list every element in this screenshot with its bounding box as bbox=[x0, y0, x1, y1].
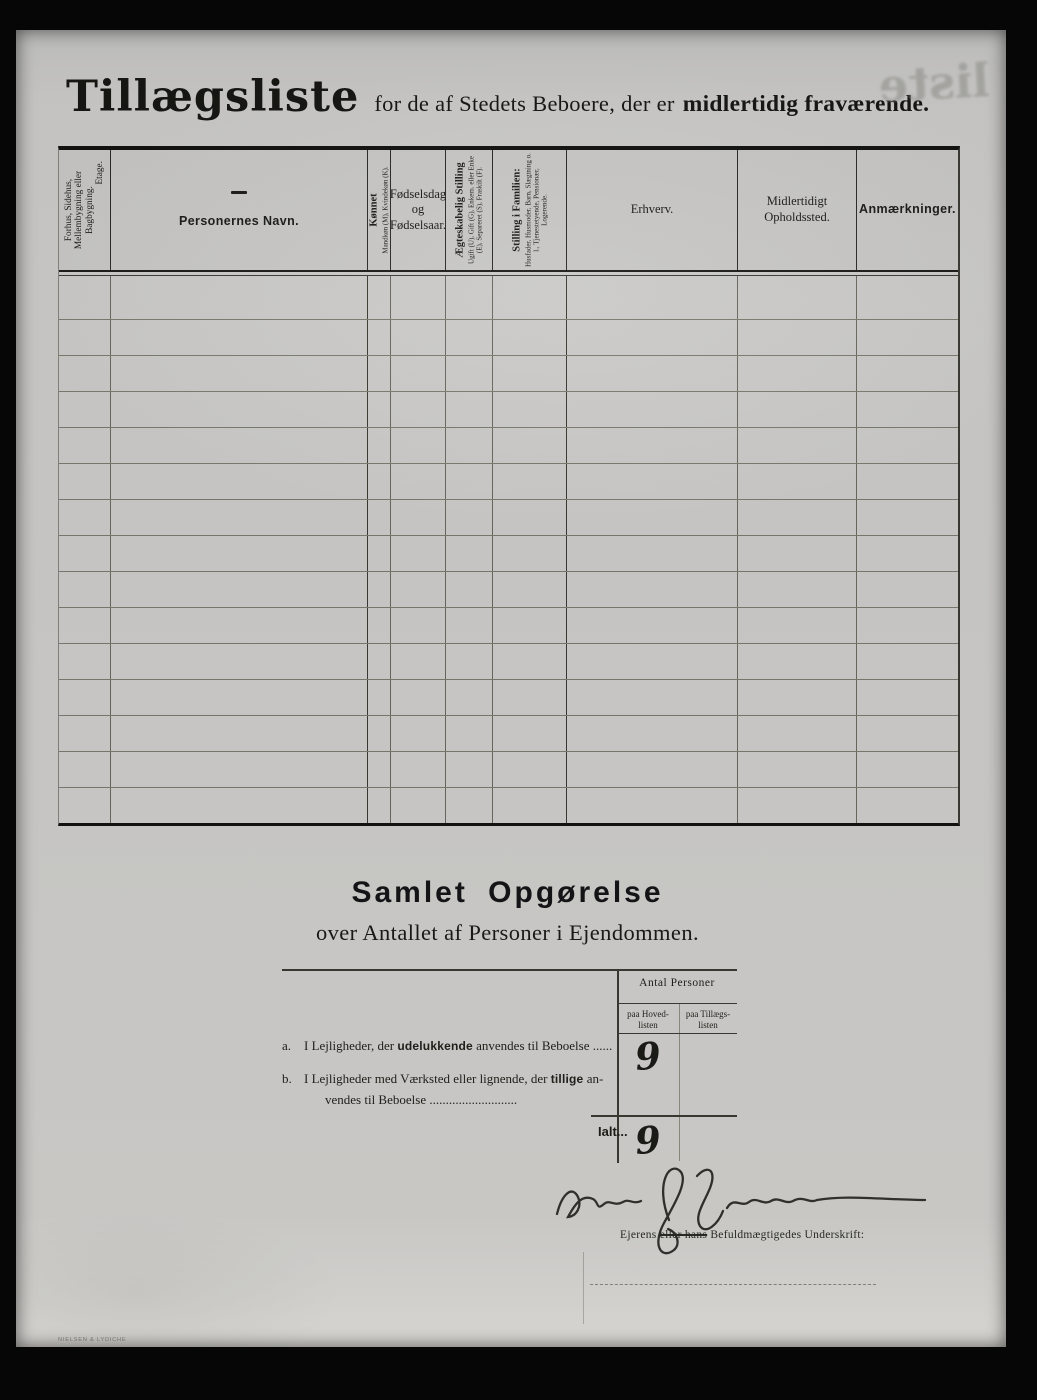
empty-cell-person-name bbox=[111, 788, 368, 823]
empty-cell-sex bbox=[368, 680, 391, 715]
summary-line-b: b.I Lejligheder med Værksted eller ligne… bbox=[282, 1071, 603, 1087]
empty-cell-person-name bbox=[111, 572, 368, 607]
empty-cell-person-name bbox=[111, 644, 368, 679]
empty-cell-family-position bbox=[493, 392, 567, 427]
empty-cell-sex bbox=[368, 320, 391, 355]
summary-title: Samlet Opgørelse bbox=[58, 876, 957, 910]
table-row bbox=[59, 500, 958, 536]
empty-cell-building-part bbox=[59, 464, 111, 499]
empty-cell-building-part bbox=[59, 392, 111, 427]
empty-cell-family-position bbox=[493, 788, 567, 823]
empty-cell-birth-date bbox=[391, 464, 446, 499]
table-row bbox=[59, 320, 958, 356]
empty-cell-birth-date bbox=[391, 572, 446, 607]
empty-cell-marital-status bbox=[446, 788, 493, 823]
empty-cell-person-name bbox=[111, 608, 368, 643]
empty-cell-occupation bbox=[567, 752, 738, 787]
empty-cell-remarks bbox=[857, 680, 958, 715]
empty-cell-marital-status bbox=[446, 356, 493, 391]
column-label: Kønnet bbox=[369, 153, 381, 267]
summary-col-tillaegslisten-line2: listen bbox=[698, 1020, 718, 1030]
column-header-marital-status: Ægteskabelig StillingUgift (U), Gift (G)… bbox=[446, 150, 493, 270]
rotated-header-text: Stilling i Familien:Husfader, Husmoder, … bbox=[511, 153, 549, 267]
empty-cell-birth-date bbox=[391, 752, 446, 787]
column-label: Personernes Navn. bbox=[179, 214, 299, 230]
form-title: Tillægsliste for de af Stedets Beboere, … bbox=[66, 72, 929, 122]
empty-cell-sex bbox=[368, 644, 391, 679]
empty-cell-sex bbox=[368, 356, 391, 391]
empty-cell-temporary-residence bbox=[738, 500, 857, 535]
empty-cell-family-position bbox=[493, 356, 567, 391]
column-header-temporary-residence: Midlertidigt Opholdssted. bbox=[738, 150, 857, 270]
form-title-subtext: for de af Stedets Beboere, der er bbox=[374, 91, 674, 117]
empty-cell-birth-date bbox=[391, 608, 446, 643]
rotated-header-text: KønnetMandkøn (M), Kvindekøn (K). bbox=[369, 153, 390, 267]
empty-cell-occupation bbox=[567, 788, 738, 823]
empty-cell-birth-date bbox=[391, 644, 446, 679]
empty-cell-temporary-residence bbox=[738, 788, 857, 823]
rotated-header-text: Forhus, Sidehus, Mellembygning eller Bag… bbox=[64, 153, 106, 267]
column-sublabel: Mandkøn (M), Kvindekøn (K). bbox=[381, 153, 389, 267]
empty-cell-person-name bbox=[111, 752, 368, 787]
column-header-family-position: Stilling i Familien:Husfader, Husmoder, … bbox=[493, 150, 567, 270]
form-title-main: Tillægsliste bbox=[66, 72, 359, 122]
empty-cell-birth-date bbox=[391, 500, 446, 535]
empty-cell-family-position bbox=[493, 536, 567, 571]
empty-cell-occupation bbox=[567, 680, 738, 715]
empty-cell-building-part bbox=[59, 788, 111, 823]
empty-cell-sex bbox=[368, 536, 391, 571]
table-row bbox=[59, 608, 958, 644]
empty-cell-person-name bbox=[111, 356, 368, 391]
table-row bbox=[59, 276, 958, 320]
page-crease-mark bbox=[583, 1252, 584, 1324]
empty-cell-marital-status bbox=[446, 428, 493, 463]
scanned-page: Tillægsliste for de af Stedets Beboere, … bbox=[16, 30, 1006, 1347]
summary-line-a: a.I Lejligheder, der udelukkende anvende… bbox=[282, 1038, 612, 1054]
table-row bbox=[59, 356, 958, 392]
empty-cell-birth-date bbox=[391, 392, 446, 427]
empty-cell-building-part bbox=[59, 572, 111, 607]
empty-cell-temporary-residence bbox=[738, 536, 857, 571]
table-row bbox=[59, 572, 958, 608]
empty-cell-family-position bbox=[493, 320, 567, 355]
census-table: Forhus, Sidehus, Mellembygning eller Bag… bbox=[58, 146, 960, 826]
signature-caption-part1: Ejerens bbox=[620, 1229, 660, 1241]
table-body bbox=[59, 276, 958, 823]
handwritten-count-a: 9 bbox=[615, 1031, 681, 1080]
empty-cell-marital-status bbox=[446, 716, 493, 751]
empty-cell-person-name bbox=[111, 464, 368, 499]
empty-cell-building-part bbox=[59, 752, 111, 787]
signature-caption-struck: eller hans bbox=[660, 1229, 707, 1241]
column-sublabel: Ugift (U), Gift (G), Enkem. eller Enke (… bbox=[467, 153, 484, 267]
table-row bbox=[59, 752, 958, 788]
empty-cell-family-position bbox=[493, 572, 567, 607]
empty-cell-person-name bbox=[111, 392, 368, 427]
column-header-occupation: Erhverv. bbox=[567, 150, 738, 270]
signature-baseline bbox=[590, 1284, 876, 1285]
column-label: Fødselsdag og Fødselsaar. bbox=[390, 187, 446, 234]
table-row bbox=[59, 644, 958, 680]
empty-cell-sex bbox=[368, 464, 391, 499]
empty-cell-remarks bbox=[857, 752, 958, 787]
empty-cell-birth-date bbox=[391, 356, 446, 391]
summary-line-b-continued: vendes til Beboelse ....................… bbox=[325, 1092, 517, 1108]
summary-line-a-prefix: a. bbox=[282, 1038, 304, 1054]
summary-col-hovedlisten-line2: listen bbox=[638, 1020, 658, 1030]
summary-table-top-rule bbox=[282, 969, 737, 971]
summary-line-b-prefix: b. bbox=[282, 1071, 304, 1087]
empty-cell-birth-date bbox=[391, 320, 446, 355]
empty-cell-temporary-residence bbox=[738, 464, 857, 499]
empty-cell-marital-status bbox=[446, 464, 493, 499]
empty-cell-building-part bbox=[59, 500, 111, 535]
empty-cell-temporary-residence bbox=[738, 320, 857, 355]
empty-cell-family-position bbox=[493, 464, 567, 499]
summary-line-b-emphasis: tillige bbox=[551, 1072, 584, 1086]
summary-col-hovedlisten-line1: paa Hoved- bbox=[627, 1009, 669, 1019]
summary-header-rule bbox=[617, 1003, 737, 1004]
table-row bbox=[59, 716, 958, 752]
empty-cell-occupation bbox=[567, 428, 738, 463]
bleed-through-ghost-text: liste bbox=[853, 52, 1016, 114]
empty-cell-remarks bbox=[857, 464, 958, 499]
empty-cell-remarks bbox=[857, 536, 958, 571]
empty-cell-occupation bbox=[567, 320, 738, 355]
rotated-header-text: Ægteskabelig StillingUgift (U), Gift (G)… bbox=[454, 153, 483, 267]
empty-cell-remarks bbox=[857, 788, 958, 823]
empty-cell-sex bbox=[368, 428, 391, 463]
empty-cell-remarks bbox=[857, 500, 958, 535]
empty-cell-occupation bbox=[567, 392, 738, 427]
empty-cell-occupation bbox=[567, 572, 738, 607]
empty-cell-building-part bbox=[59, 356, 111, 391]
column-header-sex: KønnetMandkøn (M), Kvindekøn (K). bbox=[368, 150, 391, 270]
empty-cell-birth-date bbox=[391, 716, 446, 751]
table-row bbox=[59, 680, 958, 716]
empty-cell-occupation bbox=[567, 716, 738, 751]
empty-cell-temporary-residence bbox=[738, 752, 857, 787]
empty-cell-family-position bbox=[493, 644, 567, 679]
column-label: Stilling i Familien: bbox=[511, 153, 523, 267]
empty-cell-birth-date bbox=[391, 428, 446, 463]
empty-cell-occupation bbox=[567, 276, 738, 319]
column-header-remarks: Anmærkninger. bbox=[857, 150, 958, 270]
empty-cell-family-position bbox=[493, 276, 567, 319]
empty-cell-temporary-residence bbox=[738, 428, 857, 463]
empty-cell-remarks bbox=[857, 572, 958, 607]
table-row bbox=[59, 428, 958, 464]
empty-cell-sex bbox=[368, 572, 391, 607]
empty-cell-occupation bbox=[567, 608, 738, 643]
empty-cell-person-name bbox=[111, 428, 368, 463]
summary-line-b-text1: I Lejligheder med Værksted eller lignend… bbox=[304, 1071, 551, 1086]
empty-cell-sex bbox=[368, 392, 391, 427]
empty-cell-building-part bbox=[59, 536, 111, 571]
empty-cell-remarks bbox=[857, 392, 958, 427]
empty-cell-marital-status bbox=[446, 752, 493, 787]
summary-line-a-text1: I Lejligheder, der bbox=[304, 1038, 397, 1053]
summary-line-a-text2: anvendes til Beboelse ...... bbox=[473, 1038, 612, 1053]
empty-cell-marital-status bbox=[446, 608, 493, 643]
dash-mark bbox=[231, 191, 247, 194]
empty-cell-temporary-residence bbox=[738, 572, 857, 607]
empty-cell-marital-status bbox=[446, 536, 493, 571]
empty-cell-sex bbox=[368, 276, 391, 319]
empty-cell-temporary-residence bbox=[738, 356, 857, 391]
empty-cell-sex bbox=[368, 716, 391, 751]
empty-cell-occupation bbox=[567, 464, 738, 499]
column-sublabel: Husfader, Husmoder, Barn, Slægtning o. l… bbox=[524, 153, 549, 267]
empty-cell-person-name bbox=[111, 276, 368, 319]
summary-line-a-emphasis: udelukkende bbox=[397, 1039, 473, 1053]
empty-cell-remarks bbox=[857, 356, 958, 391]
empty-cell-family-position bbox=[493, 752, 567, 787]
signature-handwriting bbox=[551, 1156, 941, 1281]
table-row bbox=[59, 788, 958, 823]
column-header-person-name: Personernes Navn. bbox=[111, 150, 368, 270]
column-label: Erhverv. bbox=[631, 202, 674, 218]
empty-cell-marital-status bbox=[446, 644, 493, 679]
empty-cell-remarks bbox=[857, 320, 958, 355]
scanned-census-form: { "page": { "title_main": "Tillægsliste"… bbox=[0, 0, 1037, 1400]
empty-cell-building-part bbox=[59, 644, 111, 679]
column-header-building-part: Forhus, Sidehus, Mellembygning eller Bag… bbox=[59, 150, 111, 270]
summary-line-b-text3: vendes til Beboelse ....................… bbox=[325, 1092, 517, 1107]
signature-caption: Ejerens eller hans Befuldmægtigedes Unde… bbox=[620, 1229, 864, 1241]
empty-cell-building-part bbox=[59, 276, 111, 319]
empty-cell-family-position bbox=[493, 608, 567, 643]
column-label: Forhus, Sidehus, Mellembygning eller Bag… bbox=[64, 153, 95, 267]
empty-cell-sex bbox=[368, 608, 391, 643]
empty-cell-person-name bbox=[111, 536, 368, 571]
empty-cell-sex bbox=[368, 788, 391, 823]
empty-cell-person-name bbox=[111, 500, 368, 535]
empty-cell-family-position bbox=[493, 500, 567, 535]
empty-cell-temporary-residence bbox=[738, 680, 857, 715]
empty-cell-occupation bbox=[567, 500, 738, 535]
empty-cell-person-name bbox=[111, 716, 368, 751]
summary-col-hovedlisten: paa Hoved- listen bbox=[617, 1009, 679, 1032]
empty-cell-birth-date bbox=[391, 680, 446, 715]
empty-cell-temporary-residence bbox=[738, 608, 857, 643]
empty-cell-marital-status bbox=[446, 320, 493, 355]
empty-cell-occupation bbox=[567, 356, 738, 391]
empty-cell-remarks bbox=[857, 716, 958, 751]
empty-cell-person-name bbox=[111, 680, 368, 715]
empty-cell-remarks bbox=[857, 276, 958, 319]
signature-caption-part2: Befuldmægtigedes Underskrift: bbox=[707, 1229, 864, 1241]
column-label: Anmærkninger. bbox=[859, 202, 956, 218]
empty-cell-occupation bbox=[567, 644, 738, 679]
table-row bbox=[59, 536, 958, 572]
summary-count-header: Antal Personer bbox=[617, 977, 737, 989]
empty-cell-sex bbox=[368, 500, 391, 535]
column-header-birth-date: Fødselsdag og Fødselsaar. bbox=[391, 150, 446, 270]
table-row bbox=[59, 464, 958, 500]
empty-cell-temporary-residence bbox=[738, 644, 857, 679]
summary-col-tillaegslisten-line1: paa Tillægs- bbox=[686, 1009, 730, 1019]
empty-cell-marital-status bbox=[446, 500, 493, 535]
table-header-row: Forhus, Sidehus, Mellembygning eller Bag… bbox=[59, 150, 958, 272]
empty-cell-marital-status bbox=[446, 392, 493, 427]
summary-line-b-text2: an- bbox=[583, 1071, 603, 1086]
empty-cell-marital-status bbox=[446, 680, 493, 715]
empty-cell-marital-status bbox=[446, 276, 493, 319]
empty-cell-marital-status bbox=[446, 572, 493, 607]
column-label: Ægteskabelig Stilling bbox=[454, 153, 466, 267]
empty-cell-temporary-residence bbox=[738, 276, 857, 319]
empty-cell-building-part bbox=[59, 680, 111, 715]
empty-cell-sex bbox=[368, 752, 391, 787]
empty-cell-building-part bbox=[59, 716, 111, 751]
empty-cell-remarks bbox=[857, 644, 958, 679]
empty-cell-temporary-residence bbox=[738, 716, 857, 751]
printer-mark: NIELSEN & LYDICHE bbox=[58, 1336, 126, 1342]
empty-cell-building-part bbox=[59, 608, 111, 643]
empty-cell-building-part bbox=[59, 428, 111, 463]
empty-cell-birth-date bbox=[391, 276, 446, 319]
empty-cell-remarks bbox=[857, 608, 958, 643]
empty-cell-remarks bbox=[857, 428, 958, 463]
empty-cell-birth-date bbox=[391, 788, 446, 823]
empty-cell-person-name bbox=[111, 320, 368, 355]
column-label-extra: Etage. bbox=[95, 153, 105, 267]
empty-cell-occupation bbox=[567, 536, 738, 571]
summary-subtitle: over Antallet af Personer i Ejendommen. bbox=[58, 920, 957, 946]
table-row bbox=[59, 392, 958, 428]
empty-cell-temporary-residence bbox=[738, 392, 857, 427]
empty-cell-family-position bbox=[493, 680, 567, 715]
empty-cell-birth-date bbox=[391, 536, 446, 571]
empty-cell-building-part bbox=[59, 320, 111, 355]
column-label: Midlertidigt Opholdssted. bbox=[764, 194, 830, 225]
empty-cell-family-position bbox=[493, 428, 567, 463]
empty-cell-family-position bbox=[493, 716, 567, 751]
summary-col-tillaegslisten: paa Tillægs- listen bbox=[679, 1009, 737, 1032]
